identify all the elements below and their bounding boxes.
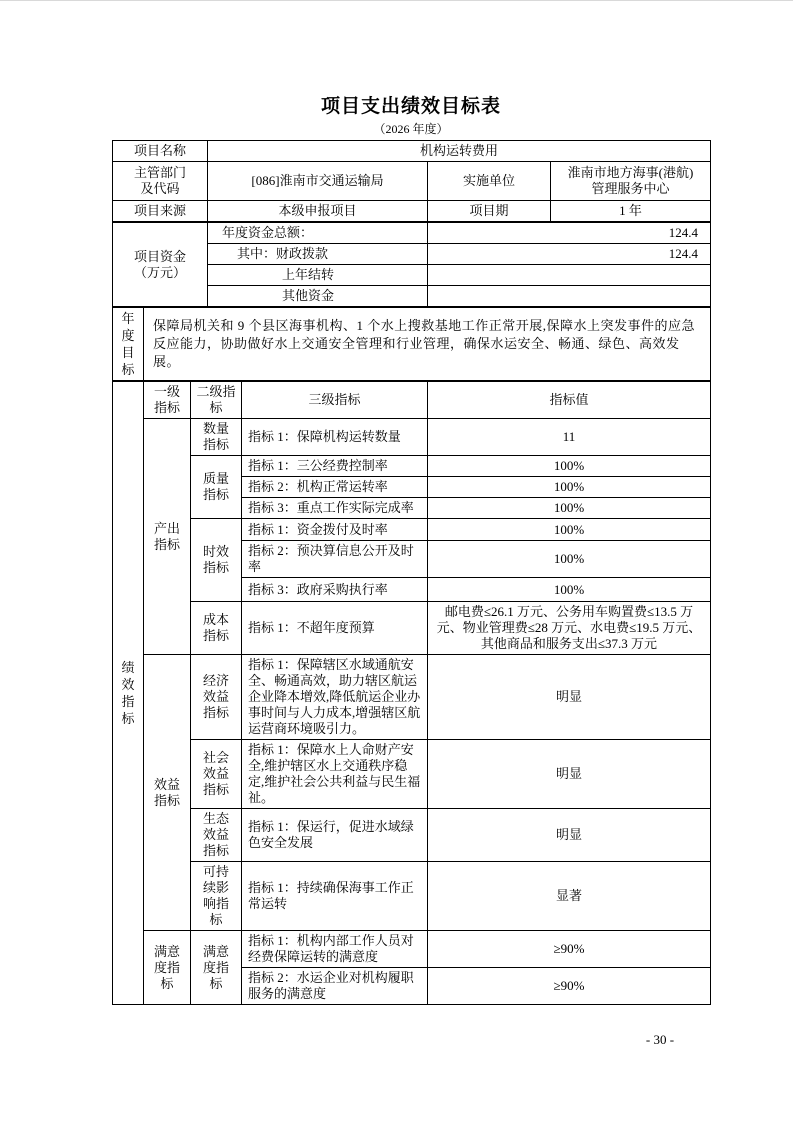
level2-indicator-cell: 数量指标 <box>191 419 242 456</box>
level2-indicator-cell: 生态效益指标 <box>191 809 242 862</box>
indicator-value-cell: 明显 <box>428 740 711 809</box>
indicator-row: 满意度指标 满意度指标 指标 1：机构内部工作人员对经费保障运转的满意度 ≥90… <box>113 931 711 968</box>
indicator-value-cell: 100% <box>428 578 711 602</box>
page-title: 项目支出绩效目标表 <box>112 91 710 118</box>
indicator-value-cell: 100% <box>428 541 711 578</box>
document-page: 项目支出绩效目标表 （2026 年度） 项目名称 机构运转费用 主管部门 及代码… <box>0 0 793 1122</box>
period-value-cell: 1 年 <box>551 201 711 222</box>
project-name-label-cell: 项目名称 <box>113 141 208 162</box>
annual-goal-label: 年度目标 <box>121 310 136 378</box>
indicator-value-cell: 11 <box>428 419 711 456</box>
basic-info-table: 项目名称 机构运转费用 主管部门 及代码 [086]淮南市交通运输局 实施单位 … <box>112 140 711 222</box>
indicator-value-cell: 显著 <box>428 862 711 931</box>
indicators-table: 绩效指标 一级指标 二级指标 三级指标 指标值 产出指标 数量指标 指标 1：保… <box>112 381 711 1005</box>
source-label-cell: 项目来源 <box>113 201 208 222</box>
indicator-row: 成本指标 指标 1：不超年度预算 邮电费≤26.1 万元、公务用车购置费≤13.… <box>113 602 711 655</box>
table-row: 项目名称 机构运转费用 <box>113 141 711 162</box>
indicator-row: 产出指标 数量指标 指标 1：保障机构运转数量 11 <box>113 419 711 456</box>
indicator-value-cell: 100% <box>428 456 711 477</box>
level1-indicator-cell: 效益指标 <box>144 655 191 931</box>
dept-label-cell: 主管部门 及代码 <box>113 162 208 201</box>
impl-unit-label-cell: 实施单位 <box>428 162 551 201</box>
funding-item-name-cell: 其他资金 <box>208 286 428 307</box>
level3-indicator-cell: 指标 1：保障机构运转数量 <box>242 419 428 456</box>
funding-table: 项目资金 （万元） 年度资金总额： 124.4 其中：财政拨款 124.4 上年… <box>112 222 711 307</box>
indicator-value-cell: 明显 <box>428 809 711 862</box>
funding-label-cell: 项目资金 （万元） <box>113 223 208 307</box>
funding-item-value-cell <box>428 286 711 307</box>
level3-indicator-cell: 指标 2：预决算信息公开及时率 <box>242 541 428 578</box>
header-value-cell: 指标值 <box>428 382 711 419</box>
level3-indicator-cell: 指标 1：保障辖区水域通航安全、畅通高效，助力辖区航运企业降本增效,降低航运企业… <box>242 655 428 740</box>
level2-indicator-cell: 满意度指标 <box>191 931 242 1005</box>
indicator-row: 可持续影响指标 指标 1：持续确保海事工作正常运转 显著 <box>113 862 711 931</box>
funding-item-name-cell: 其中：财政拨款 <box>208 244 428 265</box>
page-number: - 30 - <box>610 1032 710 1048</box>
indicator-row: 质量指标 指标 1：三公经费控制率 100% <box>113 456 711 477</box>
header-level1-cell: 一级指标 <box>144 382 191 419</box>
indicator-value-cell: 100% <box>428 477 711 498</box>
indicator-row: 社会效益指标 指标 1：保障水上人命财产安全,维护辖区水上交通秩序稳定,维护社会… <box>113 740 711 809</box>
level3-indicator-cell: 指标 1：机构内部工作人员对经费保障运转的满意度 <box>242 931 428 968</box>
indicator-value-cell: 邮电费≤26.1 万元、公务用车购置费≤13.5 万元、物业管理费≤28 万元、… <box>428 602 711 655</box>
indicator-row: 效益指标 经济效益指标 指标 1：保障辖区水域通航安全、畅通高效，助力辖区航运企… <box>113 655 711 740</box>
level1-indicator-cell: 满意度指标 <box>144 931 191 1005</box>
indicators-side-label: 绩效指标 <box>121 659 136 727</box>
level2-indicator-cell: 社会效益指标 <box>191 740 242 809</box>
dept-value-cell: [086]淮南市交通运输局 <box>208 162 428 201</box>
source-value-cell: 本级申报项目 <box>208 201 428 222</box>
level3-indicator-cell: 指标 3：重点工作实际完成率 <box>242 498 428 519</box>
level3-indicator-cell: 指标 2：水运企业对机构履职服务的满意度 <box>242 968 428 1005</box>
level2-indicator-cell: 成本指标 <box>191 602 242 655</box>
level2-indicator-cell: 可持续影响指标 <box>191 862 242 931</box>
header-level3-cell: 三级指标 <box>242 382 428 419</box>
level3-indicator-cell: 指标 1：资金拨付及时率 <box>242 519 428 541</box>
indicator-row: 时效指标 指标 1：资金拨付及时率 100% <box>113 519 711 541</box>
table-row: 年度目标 保障局机关和 9 个县区海事机构、1 个水上搜救基地工作正常开展,保障… <box>113 308 711 381</box>
annual-goal-table: 年度目标 保障局机关和 9 个县区海事机构、1 个水上搜救基地工作正常开展,保障… <box>112 307 711 381</box>
level2-indicator-cell: 经济效益指标 <box>191 655 242 740</box>
header-level2-cell: 二级指标 <box>191 382 242 419</box>
indicator-value-cell: 明显 <box>428 655 711 740</box>
funding-item-value-cell: 124.4 <box>428 244 711 265</box>
level3-indicator-cell: 指标 1：不超年度预算 <box>242 602 428 655</box>
period-label-cell: 项目期 <box>428 201 551 222</box>
annual-goal-label-cell: 年度目标 <box>113 308 144 381</box>
level2-indicator-cell: 质量指标 <box>191 456 242 519</box>
level3-indicator-cell: 指标 1：保障水上人命财产安全,维护辖区水上交通秩序稳定,维护社会公共利益与民生… <box>242 740 428 809</box>
level3-indicator-cell: 指标 1：保运行，促进水域绿色安全发展 <box>242 809 428 862</box>
indicator-value-cell: ≥90% <box>428 931 711 968</box>
level3-indicator-cell: 指标 1：三公经费控制率 <box>242 456 428 477</box>
table-row: 主管部门 及代码 [086]淮南市交通运输局 实施单位 淮南市地方海事(港航) … <box>113 162 711 201</box>
indicator-row: 生态效益指标 指标 1：保运行，促进水域绿色安全发展 明显 <box>113 809 711 862</box>
indicator-value-cell: 100% <box>428 498 711 519</box>
table-row: 绩效指标 一级指标 二级指标 三级指标 指标值 <box>113 382 711 419</box>
indicators-side-label-cell: 绩效指标 <box>113 382 144 1005</box>
page-subtitle: （2026 年度） <box>112 120 710 137</box>
level3-indicator-cell: 指标 2：机构正常运转率 <box>242 477 428 498</box>
funding-item-value-cell: 124.4 <box>428 223 711 244</box>
level2-indicator-cell: 时效指标 <box>191 519 242 602</box>
performance-target-table: 项目名称 机构运转费用 主管部门 及代码 [086]淮南市交通运输局 实施单位 … <box>112 140 710 1005</box>
funding-item-name-cell: 年度资金总额： <box>208 223 428 244</box>
indicator-value-cell: ≥90% <box>428 968 711 1005</box>
funding-item-value-cell <box>428 265 711 286</box>
level3-indicator-cell: 指标 1：持续确保海事工作正常运转 <box>242 862 428 931</box>
annual-goal-text-cell: 保障局机关和 9 个县区海事机构、1 个水上搜救基地工作正常开展,保障水上突发事… <box>144 308 711 381</box>
indicator-value-cell: 100% <box>428 519 711 541</box>
level1-indicator-cell: 产出指标 <box>144 419 191 655</box>
table-row: 项目资金 （万元） 年度资金总额： 124.4 <box>113 223 711 244</box>
impl-unit-value-cell: 淮南市地方海事(港航) 管理服务中心 <box>551 162 711 201</box>
table-row: 项目来源 本级申报项目 项目期 1 年 <box>113 201 711 222</box>
funding-item-name-cell: 上年结转 <box>208 265 428 286</box>
project-name-value-cell: 机构运转费用 <box>208 141 711 162</box>
level3-indicator-cell: 指标 3：政府采购执行率 <box>242 578 428 602</box>
